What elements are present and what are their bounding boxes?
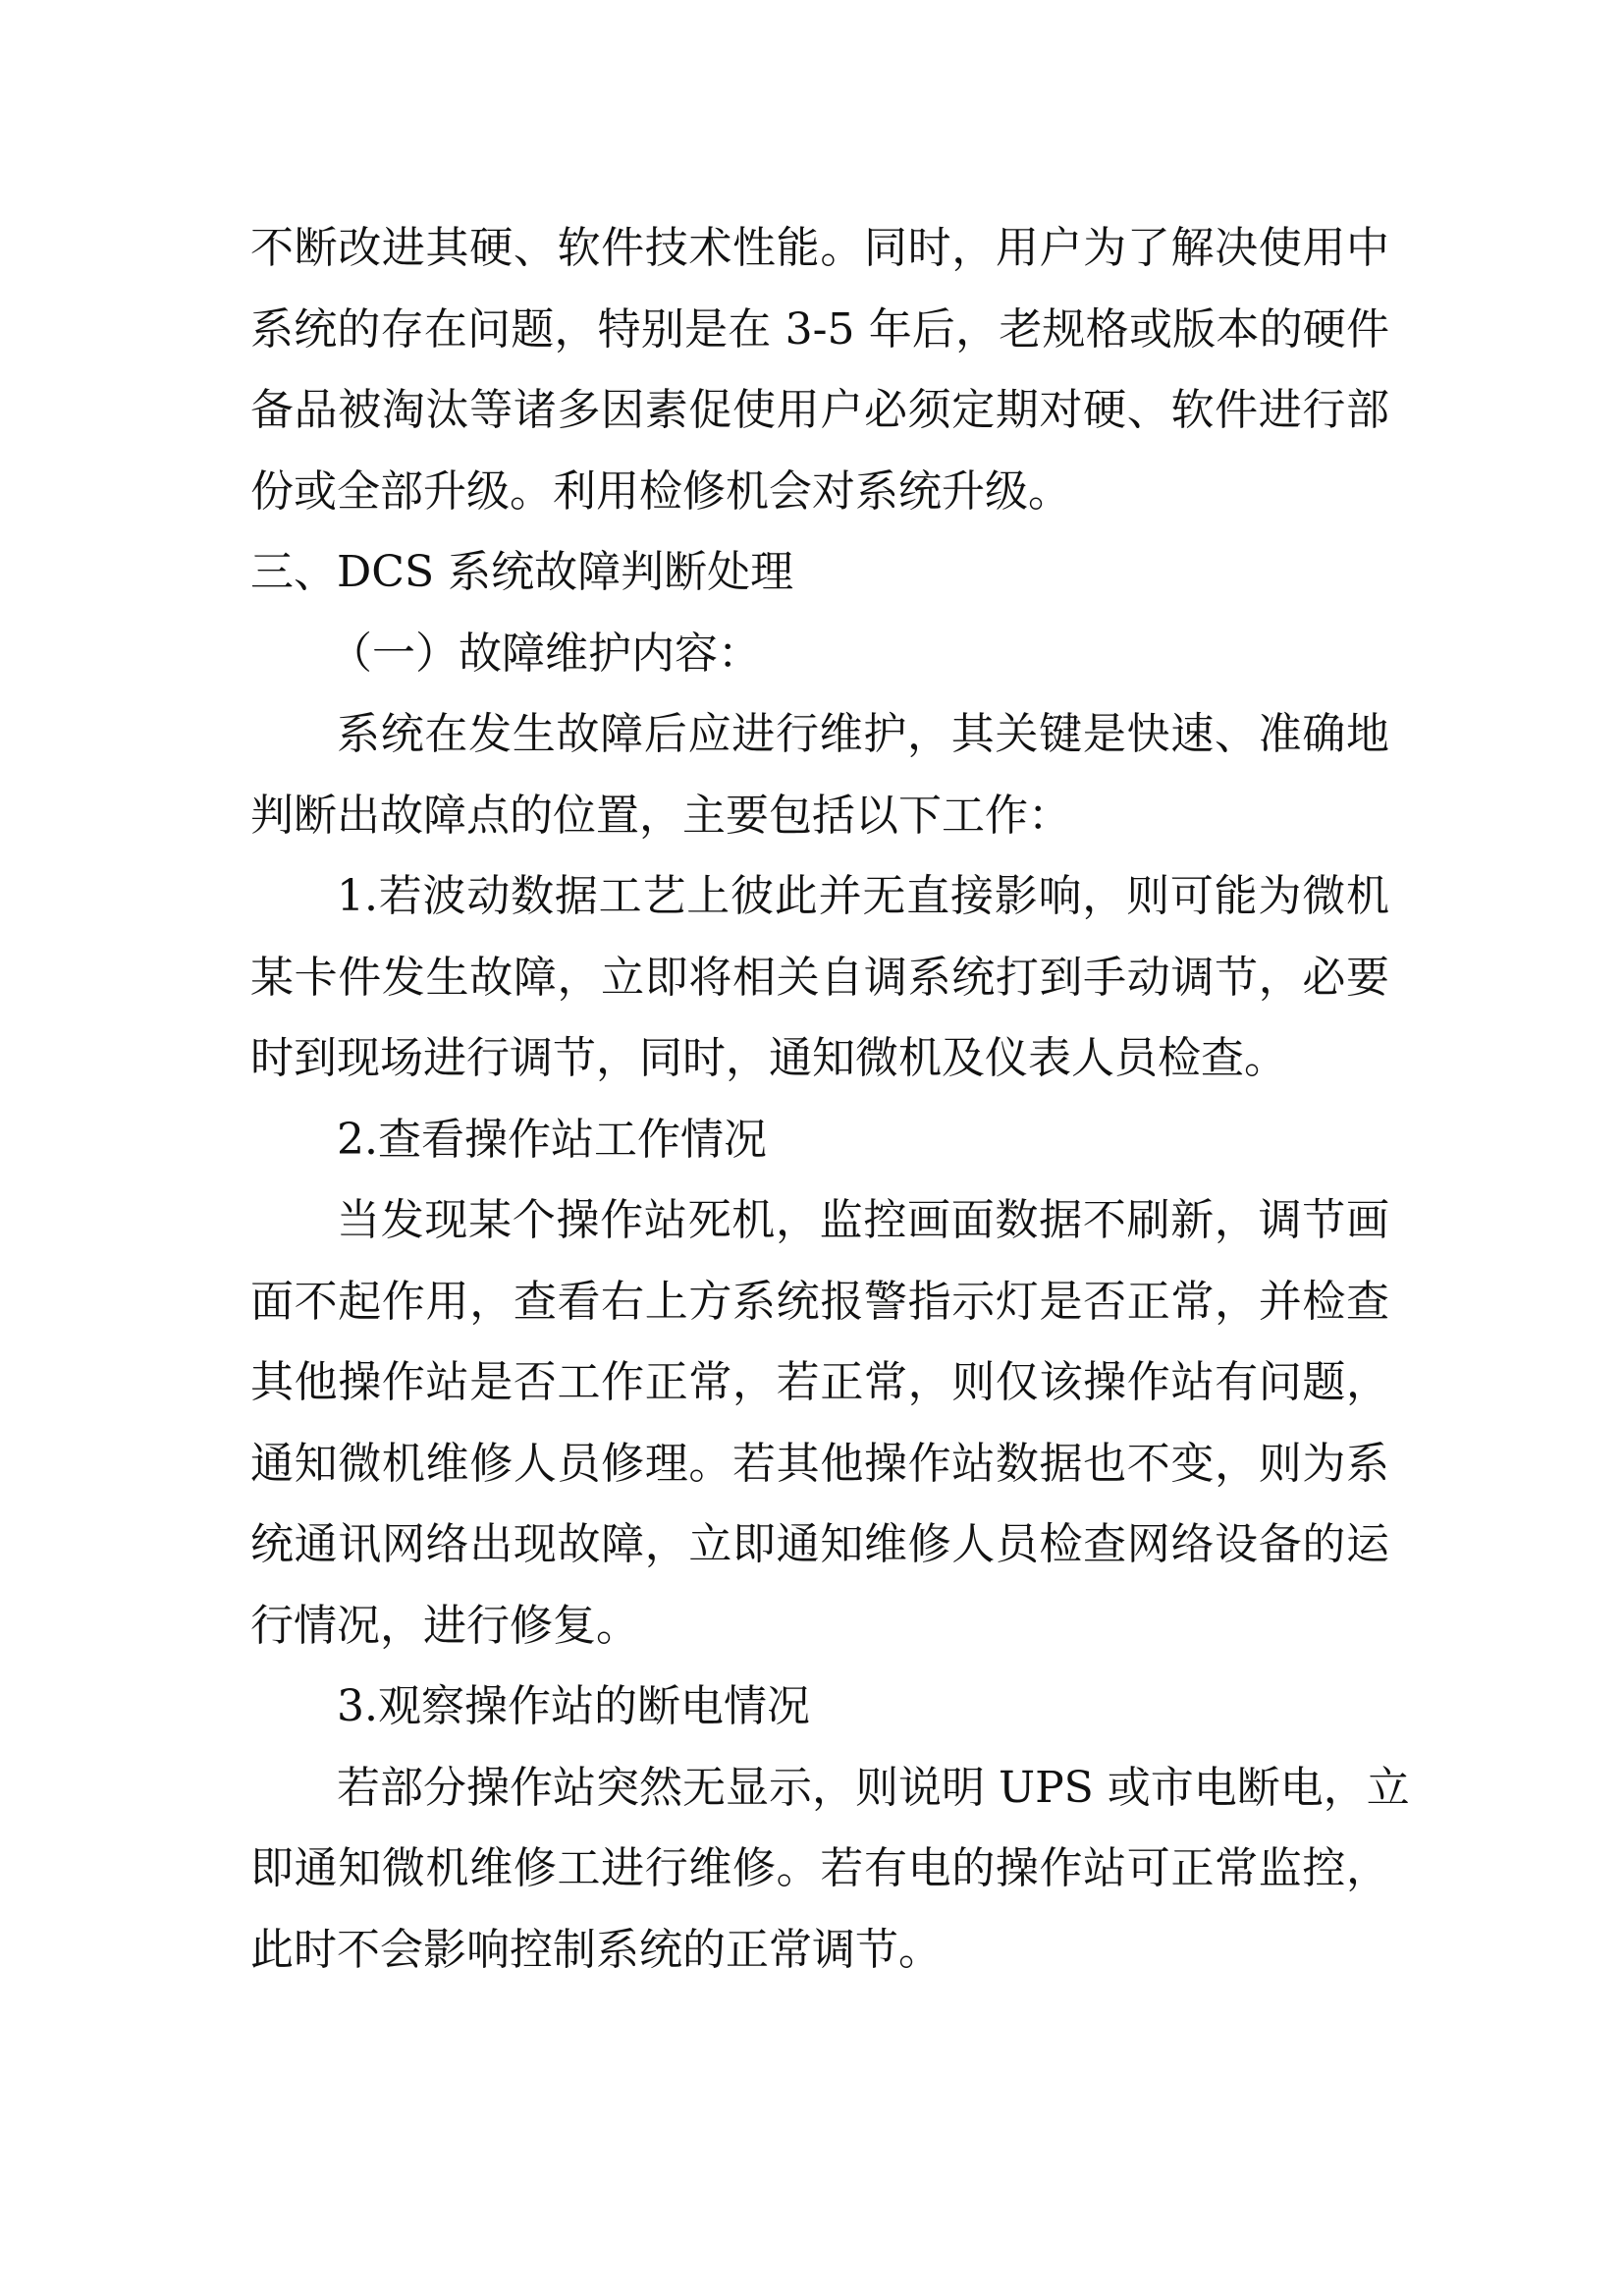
text-line: 若部分操作站突然无显示，则说明 UPS 或市电断电，立: [250, 1748, 1389, 1830]
text-line: 此时不会影响控制系统的正常调节。: [250, 1910, 1389, 1992]
text-line: 时到现场进行调节，同时，通知微机及仪表人员检查。: [250, 1018, 1389, 1100]
text-line: 其他操作站是否工作正常，若正常，则仅该操作站有问题，: [250, 1342, 1389, 1424]
item-2-paragraph: 当发现某个操作站死机，监控画面数据不刷新，调节画 面不起作用，查看右上方系统报警…: [250, 1180, 1389, 1667]
subsection-heading: （一）故障维护内容：: [250, 614, 1389, 695]
text-line: 通知微机维修人员修理。若其他操作站数据也不变，则为系: [250, 1424, 1389, 1505]
section-heading: 三、DCS 系统故障判断处理: [250, 532, 1389, 614]
text-line: 统通讯网络出现故障，立即通知维修人员检查网络设备的运: [250, 1504, 1389, 1586]
text-line: 行情况，进行修复。: [250, 1586, 1389, 1667]
text-line: 不断改进其硬、软件技术性能。同时，用户为了解决使用中: [250, 208, 1389, 290]
text-line: 面不起作用，查看右上方系统报警指示灯是否正常，并检查: [250, 1262, 1389, 1343]
item-2-title: 2.查看操作站工作情况: [250, 1100, 1389, 1181]
item-3-title: 3.观察操作站的断电情况: [250, 1667, 1389, 1748]
text-line: 系统的存在问题，特别是在 3-5 年后，老规格或版本的硬件: [250, 290, 1389, 371]
text-line: 判断出故障点的位置，主要包括以下工作：: [250, 776, 1389, 857]
text-line: 系统在发生故障后应进行维护，其关键是快速、准确地: [250, 694, 1389, 776]
document-page: 不断改进其硬、软件技术性能。同时，用户为了解决使用中 系统的存在问题，特别是在 …: [250, 208, 1389, 1991]
text-line: 某卡件发生故障，立即将相关自调系统打到手动调节，必要: [250, 938, 1389, 1019]
text-line: 即通知微机维修工进行维修。若有电的操作站可正常监控，: [250, 1829, 1389, 1910]
text-line: 备品被淘汰等诸多因素促使用户必须定期对硬、软件进行部: [250, 370, 1389, 452]
text-line: 份或全部升级。利用检修机会对系统升级。: [250, 452, 1389, 533]
item-3-paragraph: 若部分操作站突然无显示，则说明 UPS 或市电断电，立 即通知微机维修工进行维修…: [250, 1748, 1389, 1992]
item-1-paragraph: 1.若波动数据工艺上彼此并无直接影响，则可能为微机 某卡件发生故障，立即将相关自…: [250, 856, 1389, 1100]
text-line: 当发现某个操作站死机，监控画面数据不刷新，调节画: [250, 1180, 1389, 1262]
text-line: 1.若波动数据工艺上彼此并无直接影响，则可能为微机: [250, 856, 1389, 938]
intro-paragraph: 不断改进其硬、软件技术性能。同时，用户为了解决使用中 系统的存在问题，特别是在 …: [250, 208, 1389, 532]
overview-paragraph: 系统在发生故障后应进行维护，其关键是快速、准确地 判断出故障点的位置，主要包括以…: [250, 694, 1389, 856]
